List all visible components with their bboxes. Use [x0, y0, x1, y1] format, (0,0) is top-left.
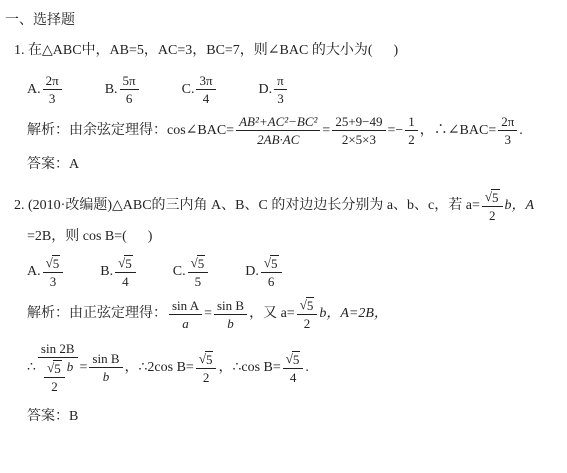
analysis-text: ∴cos B= [232, 359, 280, 376]
fraction-denominator: 2 [196, 369, 217, 385]
fraction: sin B b [89, 350, 122, 384]
q2-answer: 答案：B [27, 408, 563, 425]
fraction-denominator: 4 [283, 369, 304, 385]
fraction-numerator: √5 [196, 350, 217, 369]
fraction-denominator: 2 [44, 378, 65, 394]
option-label: A. [27, 81, 41, 98]
q1-option-d: D. π 3 [259, 72, 289, 106]
fraction-numerator: √5 [261, 254, 282, 273]
q2-stem-line1: 2. (2010·改编题)△ABC的三内角 A、B、C 的对边边长分别为 a、b… [14, 188, 563, 223]
fraction-denominator: 5 [188, 273, 209, 289]
q2-option-a: A. √5 3 [27, 254, 65, 289]
q1-answer: 答案：A [27, 156, 563, 173]
q1-option-b: B. 5π 6 [105, 72, 141, 106]
worksheet-page: 一、选择题 1. 在△ABC中，AB=5，AC=3，BC=7，则∠BAC 的大小… [0, 0, 567, 425]
option-label: B. [100, 263, 113, 280]
radicand: 5 [292, 351, 301, 367]
section-title: 一、选择题 [5, 12, 563, 29]
radicand: 5 [52, 255, 61, 271]
fraction-denominator: 3 [43, 273, 64, 289]
fraction-denominator: 6 [120, 90, 139, 106]
sqrt-expression: √5 [485, 189, 500, 205]
fraction-numerator: sin B [214, 297, 247, 315]
radicand: 5 [205, 351, 214, 367]
sqrt-expression: √5 [118, 255, 133, 271]
fraction-numerator: sin A [169, 297, 202, 315]
fraction-numerator: 2π [43, 72, 62, 90]
sqrt-fraction: √5 4 [115, 254, 136, 289]
fraction-denominator: 4 [196, 90, 215, 106]
fraction-denominator: 3 [498, 131, 517, 147]
radicand: 5 [270, 255, 279, 271]
option-label: C. [182, 81, 195, 98]
analysis-text: ，又 a= [249, 305, 295, 322]
sqrt-fraction: √5 2 [482, 188, 503, 223]
fraction-denominator: b [214, 315, 247, 331]
q2-analysis-line1: 解析：由正弦定理得： sin A a = sin B b ，又 a= √5 2 … [27, 296, 563, 331]
fraction-denominator: 4 [115, 273, 136, 289]
radicand: 5 [306, 297, 315, 313]
radicand: 5 [124, 255, 133, 271]
fraction-numerator: π [274, 72, 287, 90]
fraction: 2π 3 [43, 72, 62, 106]
fraction: 25+9−49 2×5×3 [332, 113, 385, 147]
fraction-numerator: 2π [498, 113, 517, 131]
sqrt-fraction: √5 3 [43, 254, 64, 289]
fraction: 3π 4 [196, 72, 215, 106]
fraction-numerator: 5π [120, 72, 139, 90]
sqrt-expression: √5 [46, 255, 61, 271]
sqrt-fraction: √5 5 [188, 254, 209, 289]
fraction-numerator: √5 [188, 254, 209, 273]
option-label: D. [245, 263, 259, 280]
sqrt-fraction: √5 2 [44, 359, 65, 394]
analysis-text: ∴2cos B= [139, 359, 194, 376]
sqrt-fraction: √5 2 [196, 350, 217, 385]
fraction: 5π 6 [120, 72, 139, 106]
analysis-text: b，A=2B， [319, 305, 388, 322]
fraction-denominator: 3 [274, 90, 287, 106]
fraction: sin A a [169, 297, 202, 331]
option-label: C. [173, 263, 186, 280]
radicand: 5 [491, 189, 500, 205]
fraction-numerator: 1 [405, 113, 418, 131]
sqrt-fraction: √5 2 [297, 296, 318, 331]
option-label: D. [259, 81, 273, 98]
equals-sign: = [322, 122, 330, 139]
fraction-numerator: √5 [115, 254, 136, 273]
fraction-numerator: AB²+AC²−BC² [236, 113, 320, 131]
fraction: 2π 3 [498, 113, 517, 147]
stem-text: 2. (2010·改编题)△ABC的三内角 A、B、C 的对边边长分别为 a、b… [14, 197, 480, 214]
fraction-denominator: 2 [482, 207, 503, 223]
fraction-denominator: 2 [297, 315, 318, 331]
analysis-text: 解析：由余弦定理得：cos∠BAC= [27, 122, 234, 139]
fraction-denominator: 2×5×3 [332, 131, 385, 147]
fraction: sin B b [214, 297, 247, 331]
q2-option-b: B. √5 4 [100, 254, 137, 289]
fraction-numerator: √5 [283, 350, 304, 369]
fraction-denominator: 3 [43, 90, 62, 106]
fraction-numerator: √5 [482, 188, 503, 207]
fraction-denominator: 2AB·AC [236, 131, 320, 147]
comma: ， [218, 359, 232, 376]
fraction-denominator: a [169, 315, 202, 331]
comma: ， [125, 359, 139, 376]
fraction-denominator: 2 [405, 131, 418, 147]
fraction-numerator: √5 [297, 296, 318, 315]
equals-sign: = [204, 305, 212, 322]
fraction-denominator: √5 2 b [38, 358, 78, 394]
sqrt-expression: √5 [300, 297, 315, 313]
sqrt-expression: √5 [199, 351, 214, 367]
q2-options: A. √5 3 B. √5 4 C. √5 5 D. √5 6 [27, 254, 563, 289]
fraction-numerator: sin B [89, 350, 122, 368]
option-label: A. [27, 263, 41, 280]
fraction-numerator: 3π [196, 72, 215, 90]
therefore-sign: ∴ [27, 359, 36, 376]
big-fraction: sin 2B √5 2 b [38, 340, 78, 394]
q2-option-d: D. √5 6 [245, 254, 283, 289]
q1-analysis: 解析：由余弦定理得：cos∠BAC= AB²+AC²−BC² 2AB·AC = … [27, 113, 563, 147]
fraction-denominator: 6 [261, 273, 282, 289]
period: . [305, 359, 309, 376]
q2-option-c: C. √5 5 [173, 254, 210, 289]
stem-text: b，A [505, 197, 535, 214]
sqrt-fraction: √5 4 [283, 350, 304, 385]
period: . [519, 122, 523, 139]
fraction: π 3 [274, 72, 287, 106]
sqrt-expression: √5 [286, 351, 301, 367]
fraction-numerator: sin 2B [38, 340, 78, 358]
analysis-text: ，∴∠BAC= [420, 122, 496, 139]
fraction-numerator: √5 [43, 254, 64, 273]
q1-stem: 1. 在△ABC中，AB=5，AC=3，BC=7，则∠BAC 的大小为( ) [14, 42, 563, 59]
analysis-text: 解析：由正弦定理得： [27, 305, 167, 322]
equals-sign: = [80, 359, 88, 376]
option-label: B. [105, 81, 118, 98]
fraction-denominator: b [89, 368, 122, 384]
variable-b: b [67, 359, 74, 374]
fraction-numerator: 25+9−49 [332, 113, 385, 131]
equals-minus-sign: =− [388, 122, 404, 139]
sqrt-expression: √5 [191, 255, 206, 271]
q1-options: A. 2π 3 B. 5π 6 C. 3π 4 D. π 3 [27, 72, 563, 106]
fraction: 1 2 [405, 113, 418, 147]
sqrt-expression: √5 [264, 255, 279, 271]
q1-option-a: A. 2π 3 [27, 72, 64, 106]
q2-analysis-line2: ∴ sin 2B √5 2 b = sin B b ， ∴2cos B= √5 … [27, 340, 563, 394]
radicand: 5 [53, 360, 62, 376]
sqrt-expression: √5 [47, 360, 62, 376]
radicand: 5 [197, 255, 206, 271]
q2-stem-line2: =2B，则 cos B=( ) [27, 228, 563, 245]
sqrt-fraction: √5 6 [261, 254, 282, 289]
q1-option-c: C. 3π 4 [182, 72, 218, 106]
fraction-numerator: √5 [44, 359, 65, 378]
fraction: AB²+AC²−BC² 2AB·AC [236, 113, 320, 147]
